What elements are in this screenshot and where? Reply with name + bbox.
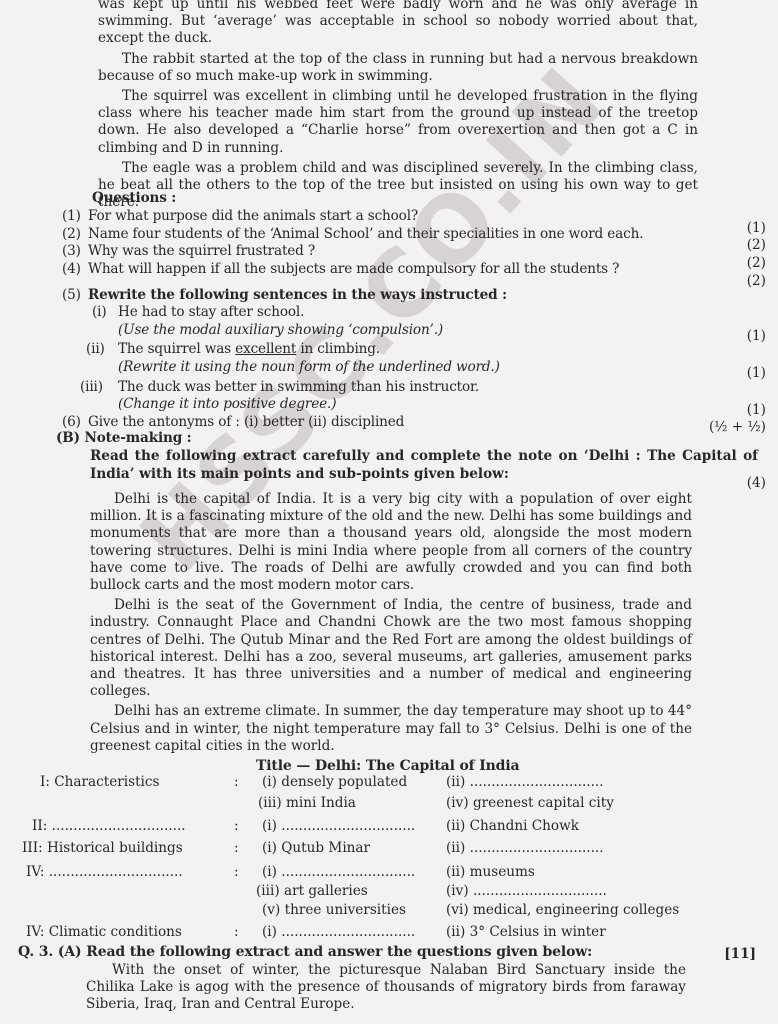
exam-page: HSSC.CO.IN was kept up until his webbed … (0, 0, 778, 1024)
marks-rewrite-ii: (1) (747, 365, 766, 381)
question-3: (3)Why was the squirrel frustrated ? (62, 243, 315, 260)
note-row-label: III: Historical buildings (22, 840, 183, 857)
marks-q3-section: [11] (724, 946, 756, 962)
note-row-label: IV: Climatic conditions (26, 924, 182, 941)
passage-paragraph: The rabbit started at the top of the cla… (98, 51, 698, 85)
note-subpoint: (i) densely populated (262, 774, 407, 791)
extract-paragraph: Delhi is the seat of the Government of I… (90, 597, 692, 700)
questions-heading: Questions : (92, 190, 176, 207)
note-subpoint: (ii) 3° Celsius in winter (446, 924, 606, 941)
marks-q3: (2) (747, 255, 766, 271)
marks-q1: (1) (747, 220, 766, 236)
note-subpoint: (ii) Chandni Chowk (446, 818, 579, 835)
passage-paragraph: was kept up until his webbed feet were b… (98, 0, 698, 48)
rewrite-ii: (ii)The squirrel was excellent in climbi… (86, 341, 380, 358)
rewrite-iii-instruction: (Change it into positive degree.) (118, 396, 336, 413)
note-making-instruction: Read the following extract carefully and… (90, 448, 758, 486)
note-row-colon: : (234, 818, 239, 835)
note-subpoint: (iii) art galleries (256, 883, 368, 900)
question-2: (2)Name four students of the ‘Animal Sch… (62, 226, 643, 243)
note-row-colon: : (234, 774, 239, 791)
note-making-extract: Delhi is the capital of India. It is a v… (90, 491, 692, 758)
marks-q2: (2) (747, 237, 766, 253)
question-5: (5)Rewrite the following sentences in th… (62, 287, 507, 304)
note-row-label: I: Characteristics (40, 774, 159, 791)
note-row-colon: : (234, 864, 239, 881)
rewrite-iii: (iii)The duck was better in swimming tha… (80, 379, 479, 396)
note-subpoint: (ii) museums (446, 864, 535, 881)
note-subpoint: (i) ............................... (262, 924, 415, 941)
note-row-colon: : (234, 840, 239, 857)
note-subpoint: (iv) ............................... (446, 883, 607, 900)
question-6: (6)Give the antonyms of : (i) better (ii… (62, 414, 404, 431)
marks-q4: (2) (747, 273, 766, 289)
rewrite-ii-instruction: (Rewrite it using the noun form of the u… (118, 359, 500, 376)
q3-extract: With the onset of winter, the picturesqu… (86, 962, 686, 1017)
extract-paragraph: Delhi has an extreme climate. In summer,… (90, 703, 692, 755)
question-4: (4)What will happen if all the subjects … (62, 261, 619, 278)
note-subpoint: (iii) mini India (258, 795, 356, 812)
marks-rewrite-i: (1) (747, 328, 766, 344)
note-subpoint: (i) ............................... (262, 864, 415, 881)
note-row-label: IV: ............................... (26, 864, 183, 881)
note-making-heading: (B) Note-making : (56, 430, 192, 447)
rewrite-i: (i)He had to stay after school. (92, 304, 304, 321)
passage-paragraph: The squirrel was excellent in climbing u… (98, 88, 698, 157)
q3-heading: Q. 3. (A) Read the following extract and… (18, 944, 592, 961)
question-1: (1)For what purpose did the animals star… (62, 208, 418, 225)
marks-note-making: (4) (747, 475, 766, 491)
note-title: Title — Delhi: The Capital of India (256, 758, 519, 775)
extract-paragraph: Delhi is the capital of India. It is a v… (90, 491, 692, 594)
note-row-label: II: ............................... (32, 818, 186, 835)
note-row-colon: : (234, 924, 239, 941)
marks-q6: (½ + ½) (709, 419, 766, 435)
note-subpoint: (i) Qutub Minar (262, 840, 370, 857)
rewrite-i-instruction: (Use the modal auxiliary showing ‘compul… (118, 322, 443, 339)
note-subpoint: (ii) ............................... (446, 774, 604, 791)
note-subpoint: (v) three universities (262, 902, 406, 919)
passage: was kept up until his webbed feet were b… (98, 0, 698, 214)
note-subpoint: (vi) medical, engineering colleges (446, 902, 679, 919)
note-subpoint: (iv) greenest capital city (446, 795, 614, 812)
note-subpoint: (ii) ............................... (446, 840, 604, 857)
note-subpoint: (i) ............................... (262, 818, 415, 835)
marks-rewrite-iii: (1) (747, 402, 766, 418)
passage-paragraph: The eagle was a problem child and was di… (98, 160, 698, 212)
